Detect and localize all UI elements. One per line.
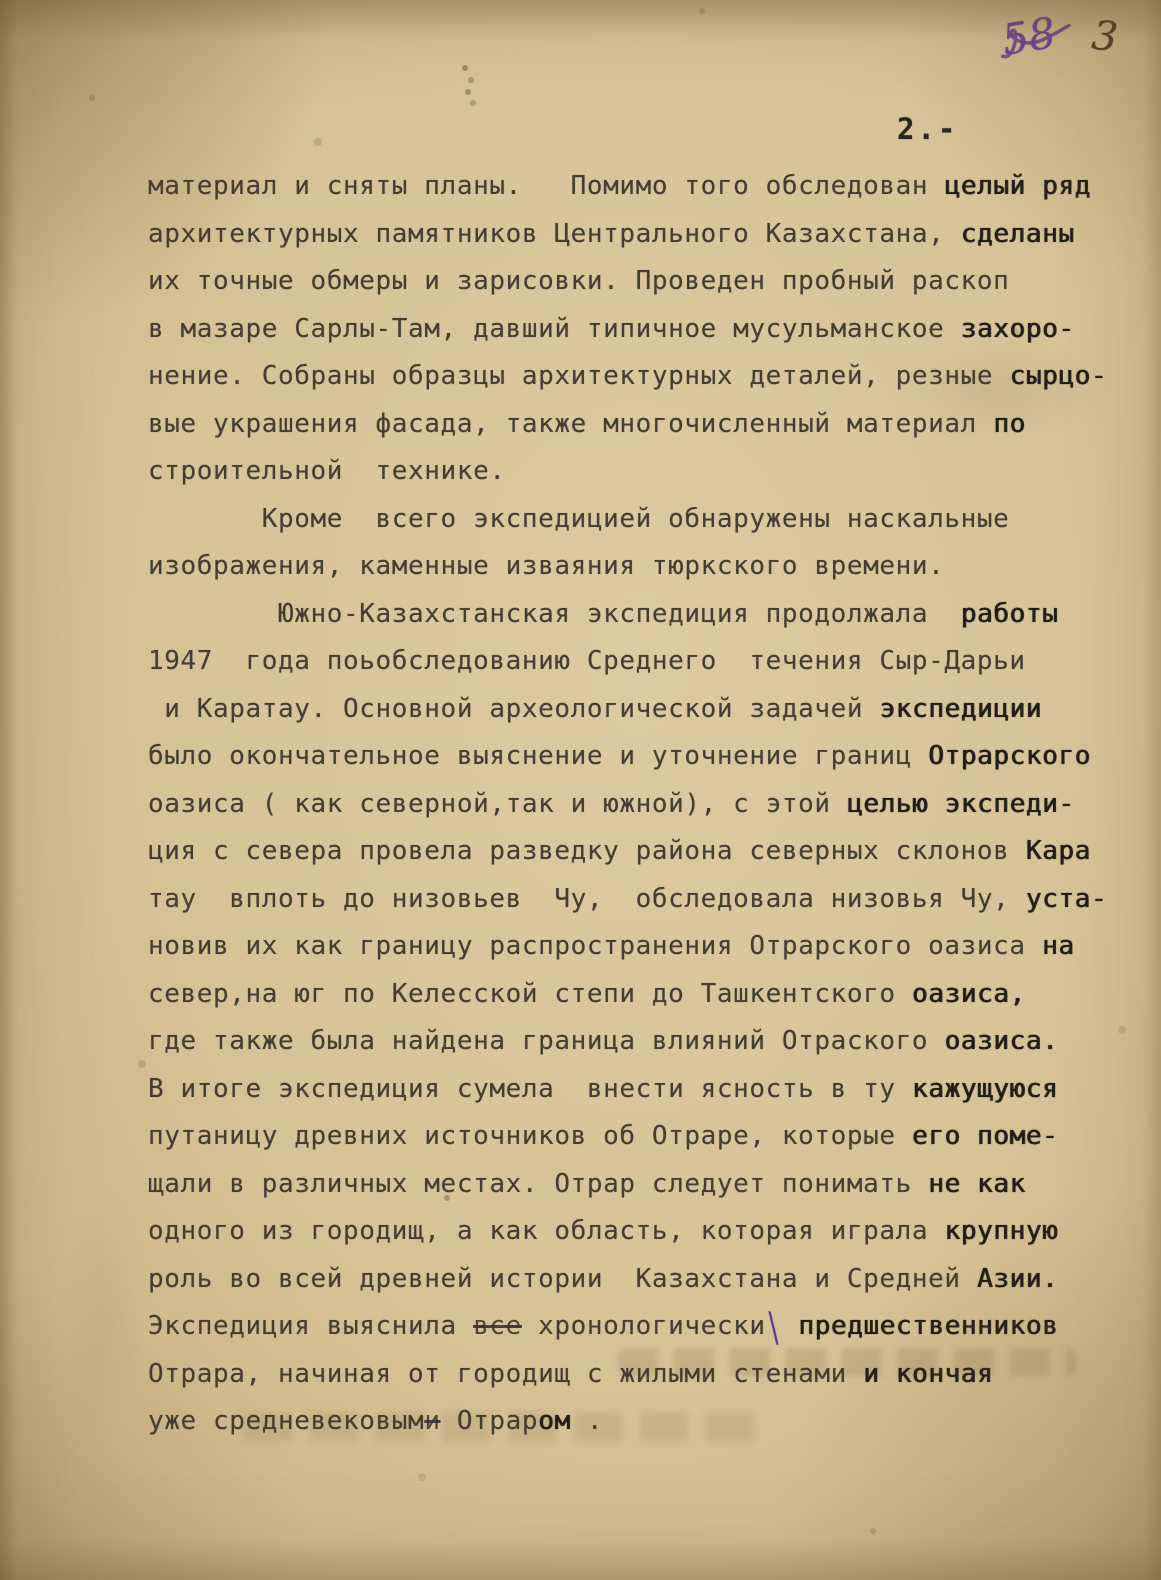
- text-run: изображения, каменные изваяния тюркского…: [148, 551, 944, 581]
- text-run: новив их как границу распространения Отр…: [148, 931, 1042, 961]
- text-run: нение. Собраны образцы архитектурных дет…: [148, 361, 1009, 391]
- struck-out-text: и: [424, 1406, 440, 1436]
- text-line: В итоге экспедиция сумела внести ясность…: [148, 1066, 1107, 1114]
- text-line: материал и сняты планы. Помимо того обсл…: [148, 163, 1107, 211]
- handwritten-page-number: 3: [1090, 13, 1120, 61]
- text-run: на: [1042, 931, 1075, 961]
- text-run: В итоге экспедиция сумела внести ясность…: [148, 1074, 912, 1104]
- typed-page-number: 2.-: [897, 112, 958, 146]
- text-run: роль во всей древней истории Казахстана …: [148, 1264, 977, 1294]
- text-run: архитектурных памятников Центрального Ка…: [148, 219, 961, 249]
- text-run: материал и сняты планы. Помимо того обсл…: [148, 171, 944, 201]
- text-line: в мазаре Сарлы-Там, давший типичное мусу…: [148, 306, 1107, 354]
- text-run: .: [571, 1406, 604, 1436]
- handwritten-page-number-text: 3: [1090, 13, 1120, 61]
- text-line: север,на юг по Келесской степи до Ташкен…: [148, 971, 1107, 1019]
- text-run: вые украшения фасада, также многочисленн…: [148, 409, 993, 439]
- text-run: его поме-: [912, 1121, 1058, 1151]
- text-run: оазиса.: [944, 1026, 1058, 1056]
- text-run: их точные обмеры и зарисовки. Проведен п…: [148, 266, 1009, 296]
- text-run: Экспедиция выяснила: [148, 1311, 473, 1341]
- text-run: целый ряд: [944, 171, 1090, 201]
- document-lines: материал и сняты планы. Помимо того обсл…: [148, 163, 1107, 1446]
- text-line: одного из городищ, а как область, котора…: [148, 1208, 1107, 1256]
- text-line: нение. Собраны образцы архитектурных дет…: [148, 353, 1107, 401]
- scanned-typewritten-page: 58 3 2.- материал и сняты планы. Помимо …: [0, 0, 1161, 1580]
- text-run: оазиса,: [912, 979, 1026, 1009]
- text-line: ция с севера провела разведку района сев…: [148, 828, 1107, 876]
- text-run: не как: [928, 1169, 1026, 1199]
- text-run: работы: [961, 599, 1059, 629]
- text-line: оазиса ( как северной,так и южной), с эт…: [148, 781, 1107, 829]
- text-line: уже средневековыми Отраром .: [148, 1398, 1107, 1446]
- text-run: север,на юг по Келесской степи до Ташкен…: [148, 979, 912, 1009]
- text-run: Отрара, начиная от городищ с жилыми стен…: [148, 1359, 863, 1389]
- text-run: в мазаре Сарлы-Там, давший типичное мусу…: [148, 314, 961, 344]
- text-run: ция с севера провела разведку района сев…: [148, 836, 1026, 866]
- text-line: 1947 года поьобследованию Среднего течен…: [148, 638, 1107, 686]
- text-line: было окончательное выяснение и уточнение…: [148, 733, 1107, 781]
- text-line: Отрара, начиная от городищ с жилыми стен…: [148, 1351, 1107, 1399]
- text-run: тау вплоть до низовьев Чу, обследовала н…: [148, 884, 1026, 914]
- text-run: и кончая: [863, 1359, 993, 1389]
- text-run: и Каратау. Основной археологической зада…: [148, 694, 879, 724]
- text-run: Южно-Казахстанская экспедиция продолжала: [148, 599, 961, 629]
- text-line: изображения, каменные изваяния тюркского…: [148, 543, 1107, 591]
- text-run: оазиса ( как северной,так и южной), с эт…: [148, 789, 847, 819]
- text-run: щали в различных местах. Отрар следует п…: [148, 1169, 928, 1199]
- text-run: Азии.: [977, 1264, 1058, 1294]
- paper-stain: [60, 1180, 150, 1440]
- text-line: путаницу древних источников об Отраре, к…: [148, 1113, 1107, 1161]
- text-run: крупную: [944, 1216, 1058, 1246]
- text-run: Кроме всего экспедицией обнаружены наска…: [148, 504, 1009, 534]
- text-run: где также была найдена граница влияний О…: [148, 1026, 944, 1056]
- text-run: одного из городищ, а как область, котора…: [148, 1216, 944, 1246]
- text-line: Экспедиция выяснила все хронологически╲ …: [148, 1303, 1107, 1351]
- handwritten-crossed-out-number: 58: [998, 8, 1058, 65]
- text-run: экспедиции: [879, 694, 1042, 724]
- text-run: уже средневековым: [148, 1406, 424, 1436]
- text-run: было окончательное выяснение и уточнение…: [148, 741, 928, 771]
- text-run: строительной технике.: [148, 456, 506, 486]
- text-line: роль во всей древней истории Казахстана …: [148, 1256, 1107, 1304]
- text-line: Кроме всего экспедицией обнаружены наска…: [148, 496, 1107, 544]
- text-line: вые украшения фасада, также многочисленн…: [148, 401, 1107, 449]
- text-run: захоро-: [961, 314, 1075, 344]
- text-run: 1947 года поьобследованию Среднего течен…: [148, 646, 1026, 676]
- text-run: ом: [538, 1406, 571, 1436]
- text-line: Южно-Казахстанская экспедиция продолжала…: [148, 591, 1107, 639]
- text-run: Кара: [1026, 836, 1091, 866]
- text-run: уста-: [1026, 884, 1107, 914]
- text-run: кажущуюся: [912, 1074, 1058, 1104]
- text-run: хронологически: [522, 1311, 766, 1341]
- text-line: тау вплоть до низовьев Чу, обследовала н…: [148, 876, 1107, 924]
- text-line: строительной технике.: [148, 448, 1107, 496]
- text-line: где также была найдена граница влияний О…: [148, 1018, 1107, 1066]
- text-run: по: [993, 409, 1026, 439]
- text-run: Отрар: [441, 1406, 539, 1436]
- text-run: целью экспеди-: [847, 789, 1075, 819]
- text-run: путаницу древних источников об Отраре, к…: [148, 1121, 912, 1151]
- struck-out-text: все: [473, 1311, 522, 1341]
- text-line: архитектурных памятников Центрального Ка…: [148, 211, 1107, 259]
- text-run: Отрарского: [928, 741, 1091, 771]
- text-line: и Каратау. Основной археологической зада…: [148, 686, 1107, 734]
- text-run: предшественников: [798, 1311, 1058, 1341]
- text-line: щали в различных местах. Отрар следует п…: [148, 1161, 1107, 1209]
- text-run: сырцо-: [1009, 361, 1107, 391]
- typed-page-number-text: 2.-: [897, 112, 958, 146]
- paper-specks: [0, 0, 4, 4]
- text-line: новив их как границу распространения Отр…: [148, 923, 1107, 971]
- text-line: их точные обмеры и зарисовки. Проведен п…: [148, 258, 1107, 306]
- text-run: сделаны: [961, 219, 1075, 249]
